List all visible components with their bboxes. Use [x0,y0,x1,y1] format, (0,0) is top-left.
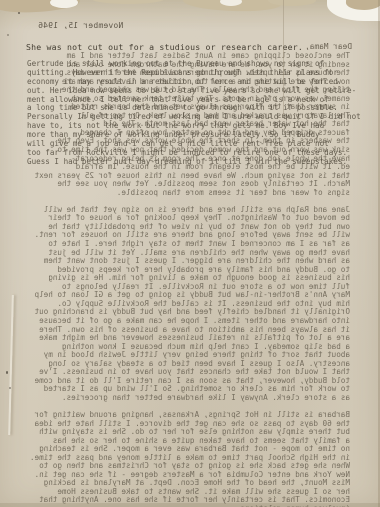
letter-page: November 15, 1946 Dear Mama, The enclose… [0,0,380,507]
ink-speck [7,34,9,36]
typed-note-line: She was not cut out for a studious or re… [26,42,303,52]
ink-speck [18,12,20,14]
paper-crease [283,0,284,115]
ink-speck [9,387,11,389]
ink-speck [6,371,8,374]
typed-text-layer: She was not cut out for a studious or re… [0,0,380,507]
page-edge-shadow [0,503,380,507]
typed-body: Gertrude is still working out at the Bur… [27,60,376,167]
text-line: Guess I had better quit day-dreaming of … [27,158,376,167]
